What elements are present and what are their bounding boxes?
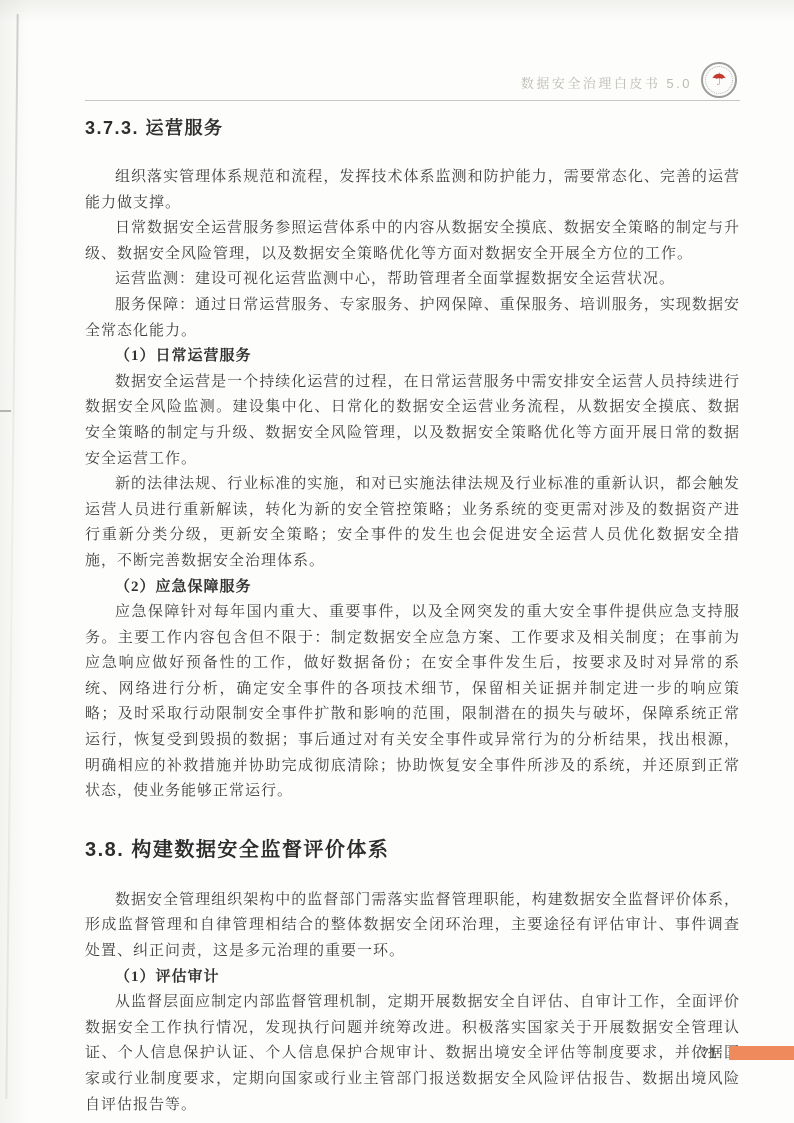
subsection-heading-assessment-audit: （1）评估审计 — [85, 965, 740, 991]
page-number: 71 — [701, 1045, 717, 1061]
paragraph: 日常数据安全运营服务参照运营体系中的内容从数据安全摸底、数据安全策略的制定与升级… — [85, 216, 740, 267]
paragraph: 服务保障：通过日常运营服务、专家服务、护网保障、重保服务、培训服务，实现数据安全… — [85, 293, 740, 344]
paragraph: 新的法律法规、行业标准的实施，和对已实施法律法规及行业标准的重新认识，都会触发运… — [85, 472, 740, 574]
paragraph: 组织落实管理体系规范和流程，发挥技术体系监测和防护能力，需要常态化、完善的运营能… — [85, 165, 740, 216]
header-divider — [85, 100, 740, 101]
umbrella-icon: ☂ — [711, 71, 726, 88]
section-heading-3-7-3: 3.7.3. 运营服务 — [85, 116, 740, 140]
header-doc-title: 数据安全治理白皮书 5.0 — [521, 73, 692, 92]
document-page: 数据安全治理白皮书 5.0 ☂ 3.7.3. 运营服务 组织落实管理体系规范和流… — [0, 0, 794, 1123]
scan-artifact-line — [5, 14, 18, 1099]
paragraph: 从监督层面应制定内部监督管理机制，定期开展数据安全自评估、自审计工作，全面评价数… — [85, 990, 740, 1118]
page-content: 3.7.3. 运营服务 组织落实管理体系规范和流程，发挥技术体系监测和防护能力，… — [85, 112, 740, 1118]
footer-accent-bar — [729, 1046, 794, 1060]
subsection-heading-emergency-support: （2）应急保障服务 — [85, 575, 740, 601]
paragraph: 应急保障针对每年国内重大、重要事件，以及全网突发的重大安全事件提供应急支持服务。… — [85, 600, 740, 805]
logo-ring: ☂ — [705, 66, 733, 94]
paragraph: 运营监测：建设可视化运营监测中心，帮助管理者全面掌握数据安全运营状况。 — [85, 267, 740, 293]
paragraph: 数据安全运营是一个持续化运营的过程，在日常运营服务中需安排安全运营人员持续进行数… — [85, 370, 740, 472]
paragraph: 数据安全管理组织架构中的监督部门需落实监督管理职能，构建数据安全监督评价体系，形… — [85, 888, 740, 965]
scan-artifact-tick — [0, 410, 11, 412]
subsection-heading-daily-operation: （1）日常运营服务 — [85, 344, 740, 370]
publisher-logo: ☂ — [701, 62, 737, 98]
section-heading-3-8: 3.8. 构建数据安全监督评价体系 — [85, 836, 740, 864]
